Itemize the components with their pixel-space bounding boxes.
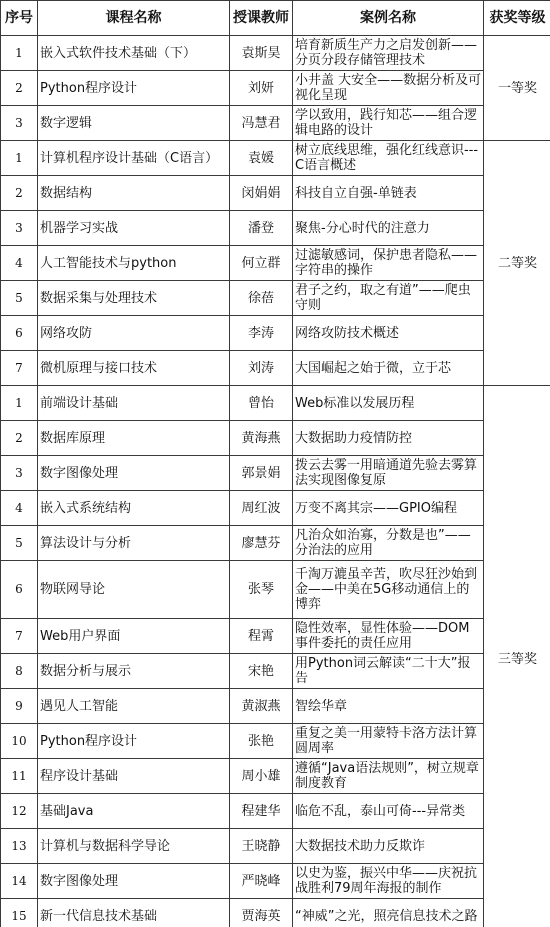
- cell-course: 微机原理与接口技术: [38, 351, 230, 386]
- cell-no: 5: [1, 526, 38, 561]
- cell-course: 嵌入式软件技术基础（下）: [38, 36, 230, 71]
- cell-teacher: 程霄: [230, 619, 293, 654]
- table-row: 9 遇见人工智能 黄淑燕 智绘华章: [1, 689, 550, 724]
- cell-no: 11: [1, 759, 38, 794]
- table-body: 1 嵌入式软件技术基础（下） 袁斯昊 培育新质生产力之启发创新——分页分段存储管…: [1, 36, 550, 927]
- table-row: 2 数据结构 闵娟娟 科技自立自强-单链表: [1, 176, 550, 211]
- cell-case: 用Python词云解读“二十大”报告: [293, 654, 484, 689]
- cell-no: 1: [1, 386, 38, 421]
- table-row: 5 算法设计与分析 廖慧芬 凡治众如治寡，分数是也”——分治法的应用: [1, 526, 550, 561]
- header-teacher: 授课教师: [230, 1, 293, 36]
- cell-course: 物联网导论: [38, 561, 230, 619]
- cell-case: 拨云去雾一用暗通道先验去雾算法实现图像复原: [293, 456, 484, 491]
- cell-course: 基础Java: [38, 794, 230, 829]
- table-row: 2 数据库原理 黄海燕 大数据助力疫情防控: [1, 421, 550, 456]
- cell-no: 1: [1, 36, 38, 71]
- table-row: 1 嵌入式软件技术基础（下） 袁斯昊 培育新质生产力之启发创新——分页分段存储管…: [1, 36, 550, 71]
- cell-course: 计算机与数据科学导论: [38, 829, 230, 864]
- cell-course: Python程序设计: [38, 724, 230, 759]
- cell-case: 智绘华章: [293, 689, 484, 724]
- cell-case: 临危不乱，泰山可倚---异常类: [293, 794, 484, 829]
- header-case: 案例名称: [293, 1, 484, 36]
- cell-no: 14: [1, 864, 38, 899]
- cell-teacher: 冯慧君: [230, 106, 293, 141]
- cell-no: 10: [1, 724, 38, 759]
- cell-teacher: 潘登: [230, 211, 293, 246]
- cell-course: 机器学习实战: [38, 211, 230, 246]
- cell-teacher: 袁斯昊: [230, 36, 293, 71]
- cell-course: 程序设计基础: [38, 759, 230, 794]
- cell-teacher: 袁媛: [230, 141, 293, 176]
- cell-course: 人工智能技术与python: [38, 246, 230, 281]
- cell-course: 网络攻防: [38, 316, 230, 351]
- cell-award-second: 二等奖: [484, 141, 550, 386]
- table-row: 8 数据分析与展示 宋艳 用Python词云解读“二十大”报告: [1, 654, 550, 689]
- cell-case: 大数据技术助力反欺诈: [293, 829, 484, 864]
- cell-teacher: 宋艳: [230, 654, 293, 689]
- table-row: 6 网络攻防 李涛 网络攻防技术概述: [1, 316, 550, 351]
- cell-case: 隐性效率，显性体验——DOM事件委托的责任应用: [293, 619, 484, 654]
- header-award: 获奖等级: [484, 1, 550, 36]
- cell-teacher: 黄海燕: [230, 421, 293, 456]
- table-row: 3 数字图像处理 郭景娟 拨云去雾一用暗通道先验去雾算法实现图像复原: [1, 456, 550, 491]
- cell-no: 3: [1, 106, 38, 141]
- cell-no: 1: [1, 141, 38, 176]
- cell-no: 13: [1, 829, 38, 864]
- cell-course: Web用户界面: [38, 619, 230, 654]
- cell-teacher: 周小雄: [230, 759, 293, 794]
- cell-teacher: 程建华: [230, 794, 293, 829]
- cell-case: 重复之美一用蒙特卡洛方法计算圆周率: [293, 724, 484, 759]
- cell-course: 计算机程序设计基础（C语言）: [38, 141, 230, 176]
- cell-course: 数据分析与展示: [38, 654, 230, 689]
- header-row: 序号 课程名称 授课教师 案例名称 获奖等级: [1, 1, 550, 36]
- cell-case: 科技自立自强-单链表: [293, 176, 484, 211]
- cell-no: 6: [1, 316, 38, 351]
- award-cases-table: 序号 课程名称 授课教师 案例名称 获奖等级 1 嵌入式软件技术基础（下） 袁斯…: [0, 0, 550, 927]
- header-no: 序号: [1, 1, 38, 36]
- cell-teacher: 闵娟娟: [230, 176, 293, 211]
- cell-case: 小井盖 大安全——数据分析及可视化呈现: [293, 71, 484, 106]
- table-row: 12 基础Java 程建华 临危不乱，泰山可倚---异常类: [1, 794, 550, 829]
- table-row: 3 数字逻辑 冯慧君 学以致用，践行知芯——组合逻辑电路的设计: [1, 106, 550, 141]
- cell-case: 遵循“Java语法规则”，树立规章制度教育: [293, 759, 484, 794]
- cell-course: 算法设计与分析: [38, 526, 230, 561]
- cell-case: 网络攻防技术概述: [293, 316, 484, 351]
- table-row: 1 计算机程序设计基础（C语言） 袁媛 树立底线思维，强化红线意识--- C语言…: [1, 141, 550, 176]
- cell-no: 5: [1, 281, 38, 316]
- cell-case: 学以致用，践行知芯——组合逻辑电路的设计: [293, 106, 484, 141]
- cell-teacher: 廖慧芬: [230, 526, 293, 561]
- cell-course: 前端设计基础: [38, 386, 230, 421]
- cell-case: 千淘万漉虽辛苦，吹尽狂沙始到金——中美在5G移动通信上的博弈: [293, 561, 484, 619]
- cell-case: “神威”之光，照亮信息技术之路: [293, 899, 484, 927]
- cell-teacher: 刘涛: [230, 351, 293, 386]
- table-row: 15 新一代信息技术基础 贾海英 “神威”之光，照亮信息技术之路: [1, 899, 550, 927]
- cell-case: Web标准以发展历程: [293, 386, 484, 421]
- cell-teacher: 严晓峰: [230, 864, 293, 899]
- cell-teacher: 张艳: [230, 724, 293, 759]
- cell-case: 培育新质生产力之启发创新——分页分段存储管理技术: [293, 36, 484, 71]
- cell-case: 树立底线思维，强化红线意识--- C语言概述: [293, 141, 484, 176]
- cell-no: 3: [1, 456, 38, 491]
- table-row: 11 程序设计基础 周小雄 遵循“Java语法规则”，树立规章制度教育: [1, 759, 550, 794]
- cell-case: 凡治众如治寡，分数是也”——分治法的应用: [293, 526, 484, 561]
- cell-case: 以史为鉴，振兴中华——庆祝抗战胜利79周年海报的制作: [293, 864, 484, 899]
- cell-case: 万变不离其宗——GPIO编程: [293, 491, 484, 526]
- cell-no: 6: [1, 561, 38, 619]
- cell-teacher: 徐蓓: [230, 281, 293, 316]
- cell-course: Python程序设计: [38, 71, 230, 106]
- cell-no: 2: [1, 421, 38, 456]
- table-row: 1 前端设计基础 曾怡 Web标准以发展历程 三等奖: [1, 386, 550, 421]
- cell-case: 大国崛起之始于微，立于芯: [293, 351, 484, 386]
- cell-teacher: 刘妍: [230, 71, 293, 106]
- cell-no: 3: [1, 211, 38, 246]
- cell-no: 2: [1, 71, 38, 106]
- cell-teacher: 张琴: [230, 561, 293, 619]
- cell-no: 7: [1, 351, 38, 386]
- table-row: 10 Python程序设计 张艳 重复之美一用蒙特卡洛方法计算圆周率: [1, 724, 550, 759]
- cell-course: 数字逻辑: [38, 106, 230, 141]
- cell-course: 嵌入式系统结构: [38, 491, 230, 526]
- table-row: 13 计算机与数据科学导论 王晓静 大数据技术助力反欺诈: [1, 829, 550, 864]
- table-row: 7 微机原理与接口技术 刘涛 大国崛起之始于微，立于芯: [1, 351, 550, 386]
- table-row: 4 人工智能技术与python 何立群 过滤敏感词，保护患者隐私——字符串的操作: [1, 246, 550, 281]
- cell-case: 过滤敏感词，保护患者隐私——字符串的操作: [293, 246, 484, 281]
- cell-course: 新一代信息技术基础: [38, 899, 230, 927]
- cell-no: 12: [1, 794, 38, 829]
- cell-award-third: 三等奖: [484, 386, 550, 927]
- cell-course: 数据结构: [38, 176, 230, 211]
- cell-course: 数字图像处理: [38, 864, 230, 899]
- cell-teacher: 王晓静: [230, 829, 293, 864]
- cell-no: 4: [1, 246, 38, 281]
- table-row: 2 Python程序设计 刘妍 小井盖 大安全——数据分析及可视化呈现: [1, 71, 550, 106]
- cell-teacher: 贾海英: [230, 899, 293, 927]
- cell-case: 大数据助力疫情防控: [293, 421, 484, 456]
- table-row: 7 Web用户界面 程霄 隐性效率，显性体验——DOM事件委托的责任应用: [1, 619, 550, 654]
- cell-teacher: 黄淑燕: [230, 689, 293, 724]
- cell-teacher: 何立群: [230, 246, 293, 281]
- cell-award-first: 一等奖: [484, 36, 550, 141]
- cell-case: 聚焦-分心时代的注意力: [293, 211, 484, 246]
- cell-teacher: 郭景娟: [230, 456, 293, 491]
- cell-course: 遇见人工智能: [38, 689, 230, 724]
- table-row: 6 物联网导论 张琴 千淘万漉虽辛苦，吹尽狂沙始到金——中美在5G移动通信上的博…: [1, 561, 550, 619]
- cell-teacher: 曾怡: [230, 386, 293, 421]
- table-row: 5 数据采集与处理技术 徐蓓 君子之约，取之有道”——爬虫守则: [1, 281, 550, 316]
- cell-no: 8: [1, 654, 38, 689]
- cell-course: 数据库原理: [38, 421, 230, 456]
- cell-case: 君子之约，取之有道”——爬虫守则: [293, 281, 484, 316]
- header-course: 课程名称: [38, 1, 230, 36]
- cell-course: 数据采集与处理技术: [38, 281, 230, 316]
- table-row: 14 数字图像处理 严晓峰 以史为鉴，振兴中华——庆祝抗战胜利79周年海报的制作: [1, 864, 550, 899]
- cell-no: 7: [1, 619, 38, 654]
- cell-no: 4: [1, 491, 38, 526]
- cell-teacher: 李涛: [230, 316, 293, 351]
- table-row: 3 机器学习实战 潘登 聚焦-分心时代的注意力: [1, 211, 550, 246]
- cell-course: 数字图像处理: [38, 456, 230, 491]
- cell-no: 2: [1, 176, 38, 211]
- cell-teacher: 周红波: [230, 491, 293, 526]
- table-row: 4 嵌入式系统结构 周红波 万变不离其宗——GPIO编程: [1, 491, 550, 526]
- cell-no: 9: [1, 689, 38, 724]
- cell-no: 15: [1, 899, 38, 927]
